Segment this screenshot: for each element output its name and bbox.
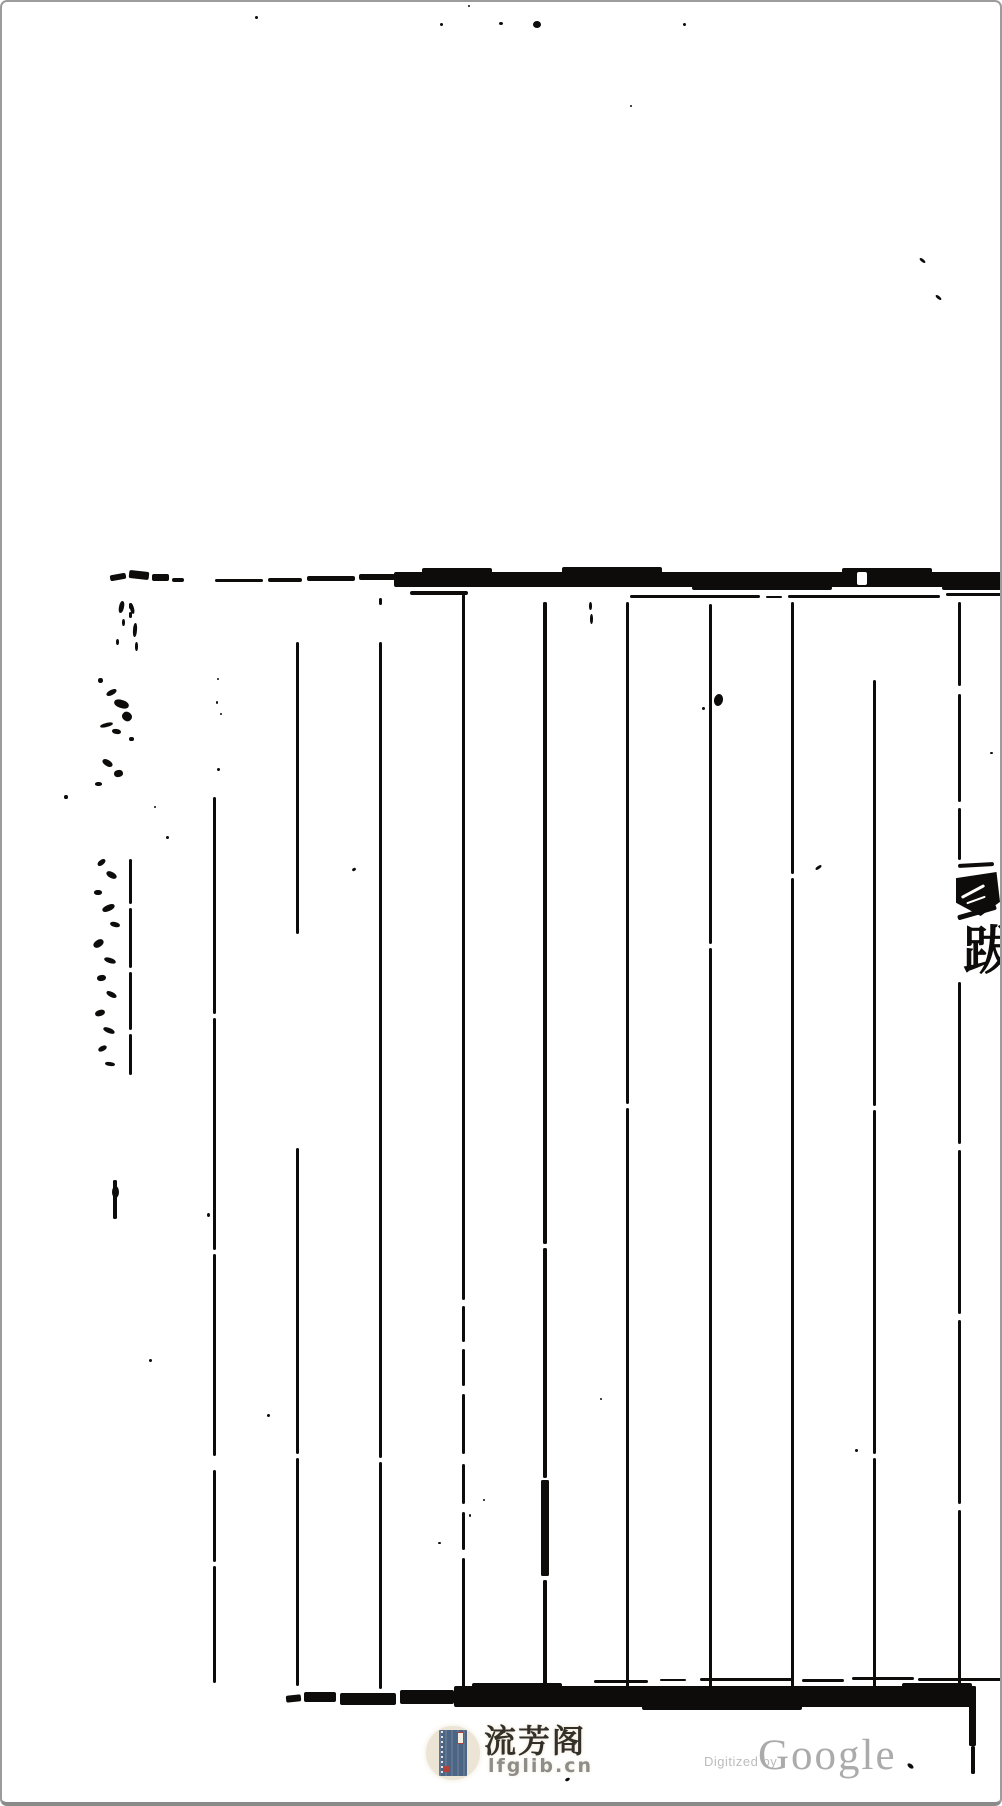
- column-line-segment: [213, 1566, 216, 1683]
- column-line-segment: [626, 1108, 629, 1692]
- column-line-segment: [626, 602, 629, 1104]
- google-logo: Google: [758, 1731, 897, 1780]
- margin-ink-smudge: [590, 614, 593, 624]
- margin-ink-smudge: [104, 956, 117, 964]
- margin-ink-smudge: [101, 903, 115, 914]
- frame-rule-fragment: [472, 1683, 562, 1689]
- frame-rule-fragment: [394, 572, 1002, 587]
- column-line-segment: [791, 602, 794, 874]
- partial-character-glyph: 跋: [963, 923, 1002, 981]
- frame-rule-fragment: [286, 1694, 302, 1703]
- column-line-segment: [543, 1580, 547, 1704]
- frame-rule-fragment: [562, 567, 662, 574]
- ink-speck: [217, 678, 219, 680]
- frame-rule-fragment: [594, 1680, 648, 1683]
- ink-speck: [683, 23, 686, 26]
- frame-rule-fragment: [852, 1677, 914, 1680]
- column-line-segment: [462, 1512, 465, 1550]
- frame-rule-fragment: [340, 1693, 396, 1705]
- ink-speck: [166, 836, 169, 839]
- column-line-segment: [873, 1458, 876, 1688]
- column-line-segment: [958, 1150, 961, 1314]
- column-line-segment: [958, 982, 961, 1144]
- column-line-segment: [709, 604, 712, 944]
- column-line-segment: [462, 1349, 465, 1386]
- ink-speck: [713, 693, 724, 707]
- ink-speck: [216, 701, 218, 704]
- column-line-segment: [543, 602, 547, 1244]
- margin-ink-smudge: [105, 990, 117, 1000]
- margin-ink-smudge: [97, 974, 107, 981]
- frame-rule-fragment: [942, 586, 1002, 590]
- book-title-label: [457, 1732, 464, 1744]
- ink-speck: [352, 867, 357, 872]
- margin-ink-smudge: [94, 1009, 105, 1018]
- frame-rule-fragment: [410, 591, 468, 595]
- margin-ink-smudge: [112, 728, 122, 734]
- frame-rule-fragment: [110, 573, 127, 582]
- margin-ink-smudge: [113, 769, 123, 777]
- ink-speck: [217, 768, 220, 771]
- ink-speck: [440, 23, 443, 26]
- column-line-segment: [958, 1510, 961, 1686]
- column-line-segment: [462, 1306, 465, 1342]
- ink-speck: [499, 22, 503, 25]
- column-line-segment: [296, 1458, 299, 1686]
- ink-speck: [600, 1398, 602, 1400]
- ink-speck: [907, 1762, 915, 1769]
- column-line-segment: [709, 948, 712, 1696]
- google-watermark: Digitized by Google: [702, 1735, 902, 1787]
- column-line-segment: [129, 859, 132, 904]
- partial-character: 跋: [963, 923, 1002, 981]
- margin-ink-smudge: [97, 1044, 107, 1053]
- ink-speck: [255, 16, 258, 19]
- ink-speck: [154, 806, 156, 808]
- margin-ink-smudge: [105, 1061, 115, 1066]
- margin-ink-smudge: [110, 921, 121, 928]
- column-line-segment: [873, 1110, 876, 1454]
- column-line-segment: [379, 598, 382, 605]
- column-line-segment: [958, 1320, 961, 1504]
- frame-rule-fragment: [152, 574, 169, 581]
- column-line-segment: [213, 1018, 216, 1250]
- column-line-segment: [958, 808, 961, 860]
- column-line-segment: [129, 1034, 132, 1075]
- margin-ink-smudge: [589, 602, 592, 610]
- column-line-segment: [873, 680, 876, 1106]
- ink-speck: [919, 257, 926, 264]
- column-line-segment: [213, 1470, 216, 1562]
- ink-speck: [112, 1186, 119, 1198]
- column-line-segment: [791, 878, 794, 1694]
- frame-rule-fragment: [842, 568, 932, 574]
- column-line-segment: [296, 642, 299, 934]
- ink-speck: [855, 1449, 858, 1452]
- ink-speck: [220, 713, 222, 715]
- scanned-book-page: 跋 流芳阁 lfglib.cn Digitized by Google: [0, 0, 1002, 1806]
- column-line-segment: [129, 908, 132, 968]
- column-line-segment: [213, 1254, 216, 1456]
- book-red-seal: [444, 1766, 449, 1772]
- lfglib-logo-circle: [426, 1726, 480, 1780]
- frame-rule-fragment: [215, 579, 263, 582]
- book-stitching: [441, 1731, 443, 1775]
- frame-rule-fragment: [642, 1705, 802, 1710]
- margin-ink-smudge: [100, 721, 114, 728]
- margin-ink-smudge: [815, 864, 822, 870]
- frame-rule-fragment: [268, 578, 302, 582]
- frame-rule-fragment: [307, 576, 355, 581]
- column-line-segment: [462, 1464, 465, 1504]
- margin-ink-smudge: [92, 938, 105, 950]
- margin-ink-smudge: [101, 758, 114, 769]
- frame-rule-fragment: [902, 1683, 972, 1689]
- column-line-segment: [541, 1480, 549, 1576]
- ink-speck: [469, 1514, 471, 1517]
- margin-ink-smudge: [94, 890, 102, 895]
- frame-rule-fragment: [400, 1690, 454, 1704]
- ink-speck: [630, 105, 632, 107]
- column-line-segment: [296, 1148, 299, 1454]
- column-line-segment: [971, 1746, 975, 1774]
- frame-rule-fragment: [766, 596, 782, 598]
- frame-rule-fragment: [788, 595, 940, 598]
- margin-ink-smudge: [105, 870, 118, 880]
- lfglib-domain: lfglib.cn: [488, 1755, 593, 1777]
- ink-speck: [438, 1542, 441, 1544]
- ink-speck: [702, 707, 705, 710]
- column-line-segment: [462, 1558, 465, 1692]
- frame-rule-fragment: [359, 574, 395, 580]
- book-logo-icon: [439, 1730, 467, 1776]
- paper-gap: [857, 572, 867, 585]
- margin-ink-smudge: [129, 737, 134, 741]
- margin-ink-smudge: [120, 710, 133, 723]
- margin-ink-smudge: [95, 782, 102, 786]
- margin-ink-smudge: [105, 688, 117, 698]
- margin-ink-smudge: [135, 642, 138, 651]
- ink-speck: [149, 1359, 152, 1362]
- frame-rule-fragment: [630, 595, 760, 598]
- margin-ink-smudge: [64, 795, 68, 799]
- column-line-segment: [379, 1462, 382, 1689]
- frame-rule-fragment: [129, 570, 150, 580]
- ink-speck: [533, 21, 541, 28]
- ink-speck: [207, 1213, 210, 1217]
- frame-rule-fragment: [946, 593, 1002, 596]
- frame-rule-fragment: [172, 578, 184, 582]
- column-line-segment: [969, 1686, 976, 1746]
- column-line-segment: [129, 972, 132, 1030]
- ink-speck: [468, 5, 470, 7]
- frame-rule-fragment: [422, 568, 492, 574]
- lfglib-watermark: 流芳阁 lfglib.cn: [426, 1714, 616, 1789]
- column-line-segment: [958, 694, 961, 802]
- paper-gap: [966, 896, 985, 905]
- margin-ink-smudge: [122, 619, 125, 626]
- column-line-segment: [462, 1394, 465, 1454]
- margin-ink-smudge: [116, 639, 119, 645]
- frame-rule-fragment: [454, 1686, 976, 1707]
- ink-speck: [990, 752, 993, 754]
- frame-rule-fragment: [304, 1692, 336, 1702]
- printed-frame-and-rules: [2, 2, 1000, 1802]
- column-line-segment: [379, 642, 382, 1458]
- ink-speck: [935, 294, 942, 301]
- column-line-segment: [213, 797, 216, 1014]
- column-line-segment: [543, 1248, 547, 1478]
- margin-ink-smudge: [133, 623, 138, 637]
- margin-ink-smudge: [103, 1026, 116, 1035]
- ink-speck: [483, 1499, 485, 1501]
- frame-rule-fragment: [700, 1678, 792, 1681]
- frame-rule-fragment: [660, 1679, 686, 1681]
- margin-ink-smudge: [96, 858, 106, 867]
- margin-ink-smudge: [113, 698, 130, 710]
- column-line-segment: [958, 602, 961, 686]
- frame-rule-fragment: [692, 586, 832, 590]
- column-line-segment: [462, 594, 465, 1300]
- margin-ink-smudge: [118, 601, 125, 614]
- frame-rule-fragment: [802, 1679, 844, 1682]
- ink-speck: [267, 1414, 270, 1417]
- margin-ink-smudge: [98, 678, 103, 683]
